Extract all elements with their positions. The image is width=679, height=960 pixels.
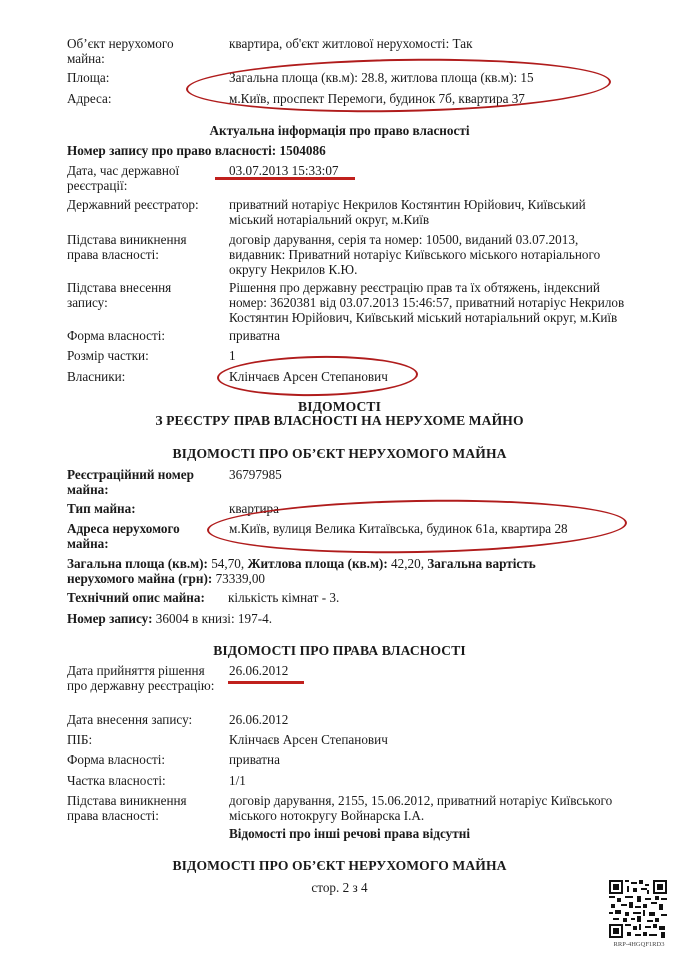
- field-value: Клінчаєв Арсен Степанович: [229, 732, 629, 747]
- field-label: Державний реєстратор:: [67, 197, 217, 212]
- field-value: 1/1: [229, 773, 629, 788]
- field-value: 26.06.2012: [229, 663, 629, 678]
- field-label: Реєстраційний номер майна:: [67, 467, 207, 497]
- tech-description-line: Технічний опис майна:кількість кімнат - …: [67, 590, 627, 605]
- field-value: квартира, об'єкт житлової нерухомості: Т…: [229, 36, 629, 51]
- field-value: 03.07.2013 15:33:07: [229, 163, 629, 178]
- tech-description-label: Технічний опис майна:: [67, 590, 228, 605]
- living-area-value: 42,20,: [388, 556, 428, 571]
- record-book-label: Номер запису:: [67, 611, 152, 626]
- red-ellipse-annotation: [186, 55, 612, 115]
- field-label: Розмір частки:: [67, 348, 217, 363]
- field-label: Дата внесення запису:: [67, 712, 217, 727]
- field-label: Дата прийняття рішення про державну реєс…: [67, 663, 215, 693]
- field-label: Підстава виникнення права власності:: [67, 793, 207, 823]
- section-heading-property-object: ВІДОМОСТІ ПРО ОБ’ЄКТ НЕРУХОМОГО МАЙНА: [0, 446, 679, 461]
- record-number-value: 1504086: [280, 143, 326, 158]
- field-value: договір дарування, 2155, 15.06.2012, при…: [229, 793, 629, 823]
- section-heading-current-rights: Актуальна інформація про право власності: [0, 123, 679, 138]
- field-label: Дата, час державної реєстрації:: [67, 163, 197, 193]
- field-label: Тип майна:: [67, 501, 217, 516]
- field-value: приватна: [229, 328, 629, 343]
- living-area-label: Житлова площа (кв.м):: [247, 556, 387, 571]
- qr-code-id: RRP-4HGQF1RD3: [604, 941, 674, 949]
- area-cost-line: Загальна площа (кв.м): 54,70, Житлова пл…: [67, 556, 587, 586]
- red-underline-annotation: [228, 681, 304, 684]
- field-label: Власники:: [67, 369, 217, 384]
- field-value: 36797985: [229, 467, 629, 482]
- field-label: Частка власності:: [67, 773, 217, 788]
- qr-code-icon: [609, 880, 667, 938]
- field-label: ПІБ:: [67, 732, 217, 747]
- field-value: приватна: [229, 752, 629, 767]
- total-area-value: 54,70,: [208, 556, 248, 571]
- field-label: Підстава внесення запису:: [67, 280, 197, 310]
- total-area-label: Загальна площа (кв.м):: [67, 556, 208, 571]
- registry-title-line2: З РЕЄСТРУ ПРАВ ВЛАСНОСТІ НА НЕРУХОМЕ МАЙ…: [0, 413, 679, 428]
- record-book-line: Номер запису: 36004 в книзі: 197-4.: [67, 611, 627, 626]
- section-heading-next-object: ВІДОМОСТІ ПРО ОБ’ЄКТ НЕРУХОМОГО МАЙНА: [0, 858, 679, 873]
- field-label: Форма власності:: [67, 752, 217, 767]
- record-number-label: Номер запису про право власності:: [67, 143, 276, 158]
- field-value: Рішення про державну реєстрацію прав та …: [229, 280, 629, 325]
- red-underline-annotation: [215, 177, 355, 180]
- registry-title-line1: ВІДОМОСТІ: [0, 399, 679, 414]
- other-rights-note: Відомості про інші речові права відсутні: [229, 826, 629, 841]
- field-label: Адреса нерухомого майна:: [67, 521, 207, 551]
- page-number: стор. 2 з 4: [0, 880, 679, 895]
- field-label: Форма власності:: [67, 328, 217, 343]
- field-value: договір дарування, серія та номер: 10500…: [229, 232, 629, 277]
- record-book-value: 36004 в книзі: 197-4.: [152, 611, 272, 626]
- record-number-line: Номер запису про право власності: 150408…: [67, 143, 627, 158]
- field-label: Підстава виникнення права власності:: [67, 232, 207, 262]
- tech-description-value: кількість кімнат - 3.: [228, 590, 339, 605]
- field-value: приватний нотаріус Некрилов Костянтин Юр…: [229, 197, 629, 227]
- total-cost-value: 73339,00: [212, 571, 265, 586]
- document-page: Об’єкт нерухомого майна: квартира, об'єк…: [0, 0, 679, 960]
- section-heading-ownership-rights: ВІДОМОСТІ ПРО ПРАВА ВЛАСНОСТІ: [0, 643, 679, 658]
- field-value: 26.06.2012: [229, 712, 629, 727]
- field-label: Об’єкт нерухомого майна:: [67, 36, 197, 66]
